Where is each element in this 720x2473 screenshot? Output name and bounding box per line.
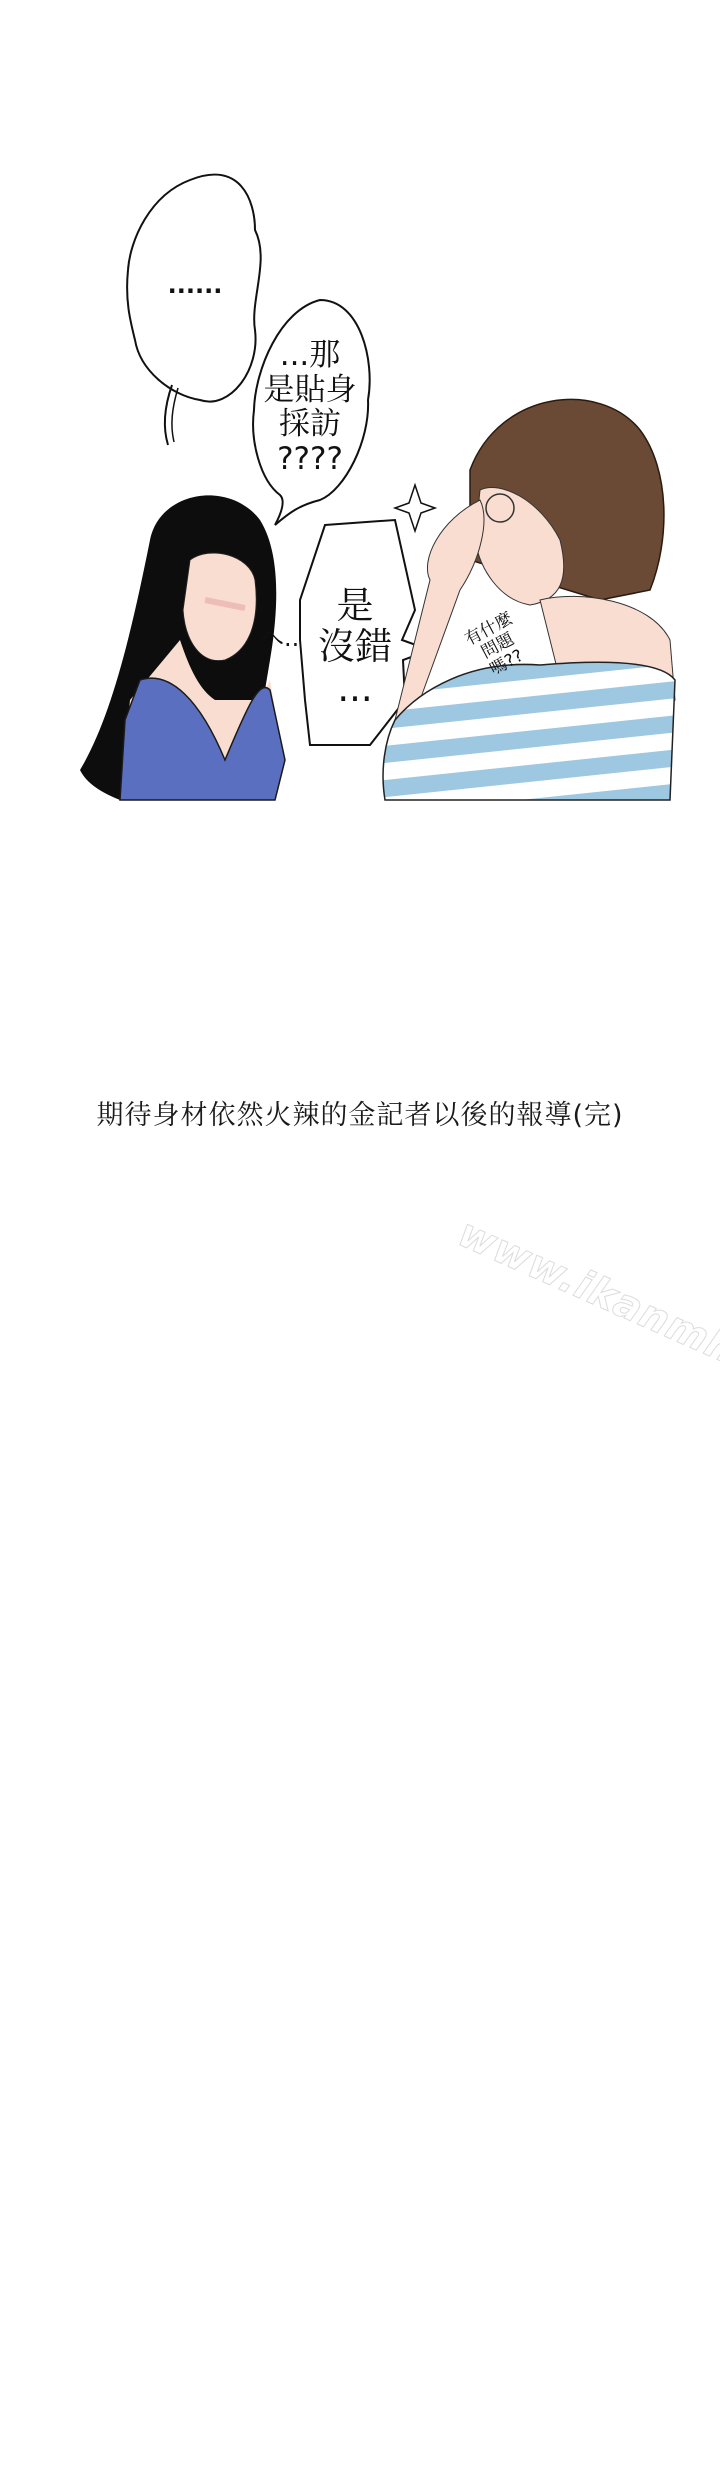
- site-watermark: www.ikanmh.top: [451, 1210, 720, 1412]
- bubble-reply-text: 是 沒錯 ...: [305, 585, 405, 709]
- character-long-haired-woman: [80, 495, 285, 800]
- sparkle-icon: [395, 485, 435, 531]
- bubble-ellipsis-text: ......: [140, 272, 250, 299]
- chapter-end-caption: 期待身材依然火辣的金記者以後的報導(完): [0, 1093, 720, 1132]
- speech-bubble-ellipsis: [127, 175, 261, 445]
- sigh-text: へ..: [260, 625, 310, 652]
- comic-panel: ...... ...那 是貼身 採訪 ???? 是 沒錯 ... へ.. 有什麼…: [0, 0, 720, 820]
- character-short-haired-woman: [383, 399, 675, 800]
- striped-top: [383, 662, 675, 800]
- bubble-question-text: ...那 是貼身 採訪 ????: [255, 338, 365, 477]
